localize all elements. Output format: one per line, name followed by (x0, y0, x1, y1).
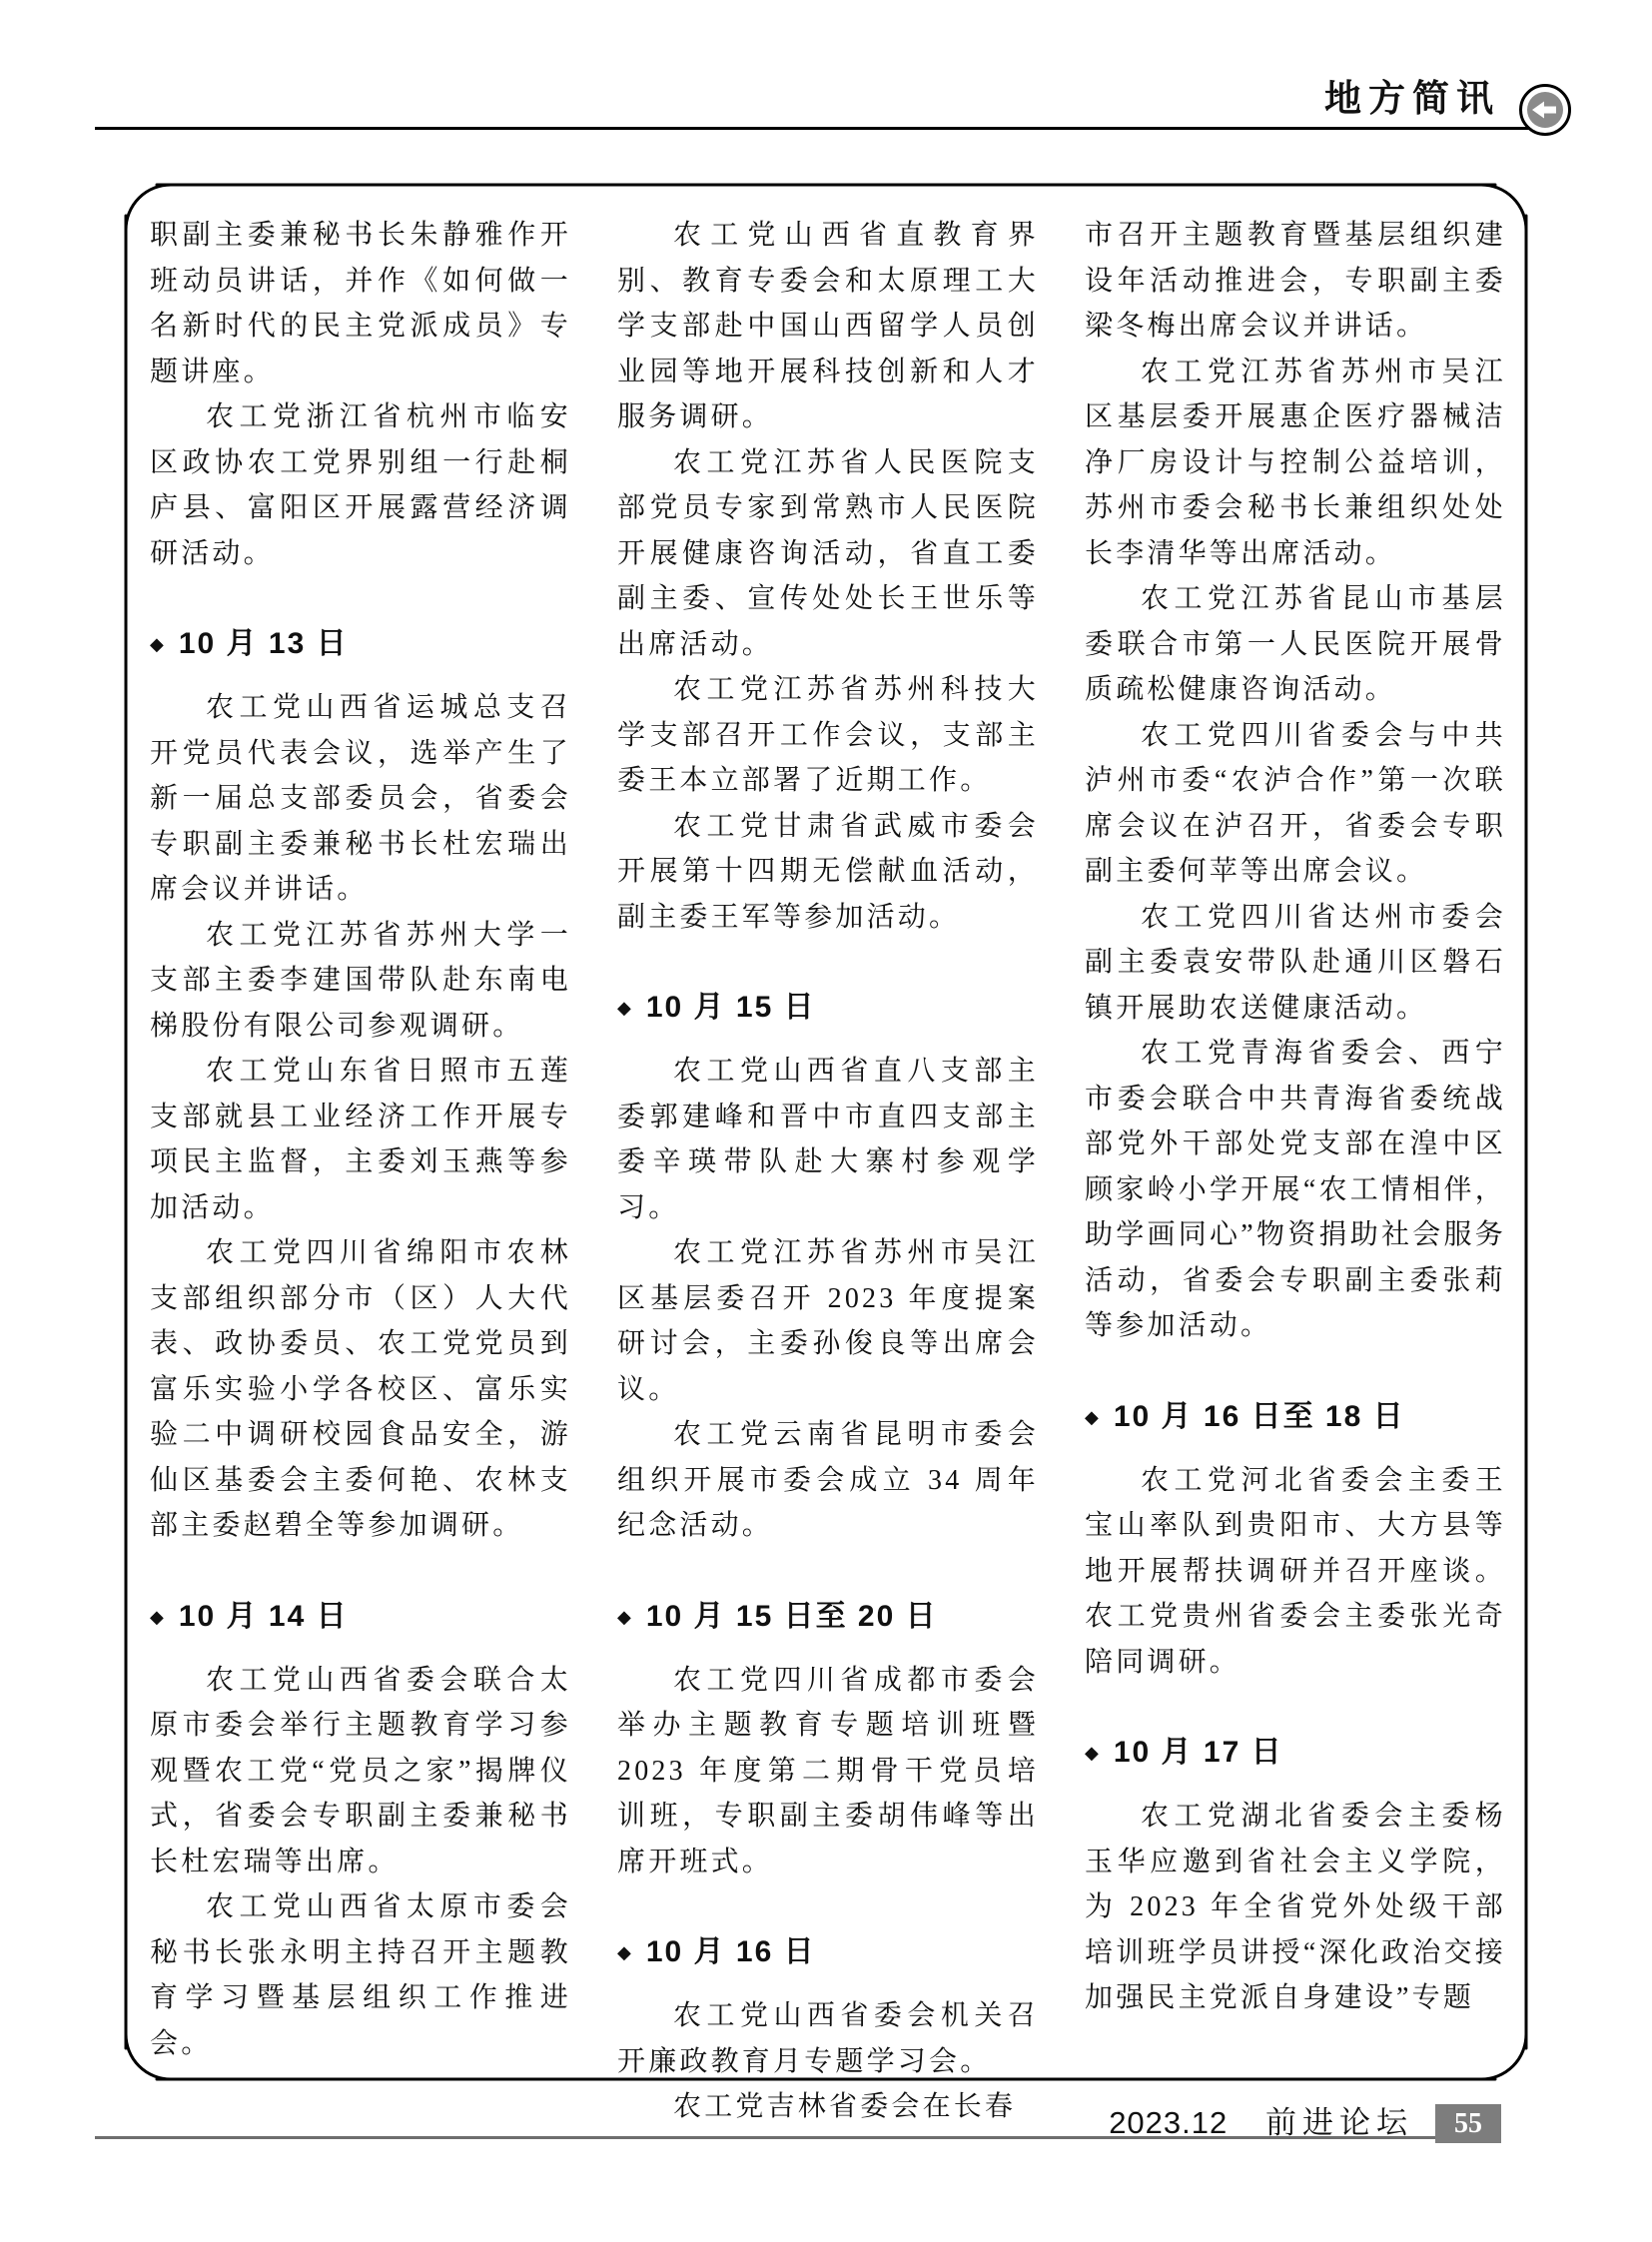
date-heading-label: 10 月 13 日 (179, 627, 349, 660)
footer-text: 2023.12 前进论坛 (1109, 2103, 1413, 2143)
news-paragraph: 农工党江苏省苏州大学一支部主委李建国带队赴东南电梯股份有限公司参观调研。 (150, 913, 571, 1050)
date-heading: ◆10 月 15 日 (617, 984, 1039, 1033)
news-paragraph: 农工党山西省运城总支召开党员代表会议，选举产生了新一届总支部委员会，省委会专职副… (150, 685, 571, 913)
date-heading: ◆10 月 15 日至 20 日 (617, 1593, 1039, 1642)
news-paragraph: 农工党四川省达州市委会副主委袁安带队赴通川区磐石镇开展助农送健康活动。 (1085, 895, 1506, 1032)
diamond-bullet-icon: ◆ (617, 985, 633, 1033)
date-heading-label: 10 月 16 日 (646, 1935, 816, 1968)
news-paragraph: 农工党河北省委会主委王宝山率队到贵阳市、大方县等地开展帮扶调研并召开座谈。农工党… (1085, 1458, 1506, 1686)
news-paragraph: 农工党江苏省人民医院支部党员专家到常熟市人民医院开展健康咨询活动，省直工委副主委… (617, 440, 1039, 668)
news-paragraph: 农工党四川省绵阳市农林支部组织部分市（区）人大代表、政协委员、农工党党员到富乐实… (150, 1230, 571, 1549)
diamond-bullet-icon: ◆ (617, 1929, 633, 1977)
date-heading-label: 10 月 14 日 (179, 1600, 349, 1633)
news-paragraph: 农工党青海省委会、西宁市委会联合中共青海省委统战部党外干部处党支部在湟中区顾家岭… (1085, 1031, 1506, 1349)
date-heading-label: 10 月 16 日至 18 日 (1114, 1400, 1405, 1433)
news-paragraph: 农工党山西省直教育界别、教育专委会和太原理工大学支部赴中国山西留学人员创业园等地… (617, 213, 1039, 440)
date-heading: ◆10 月 13 日 (150, 620, 571, 669)
news-paragraph: 农工党四川省委会与中共泸州市委“农泸合作”第一次联席会议在泸召开，省委会专职副主… (1085, 713, 1506, 895)
diamond-bullet-icon: ◆ (150, 621, 166, 669)
footer-issue: 2023.12 (1109, 2105, 1228, 2140)
news-paragraph: 农工党江苏省苏州市吴江区基层委开展惠企医疗器械洁净厂房设计与控制公益培训，苏州市… (1085, 350, 1506, 577)
date-heading: ◆10 月 16 日 (617, 1928, 1039, 1977)
diamond-bullet-icon: ◆ (1085, 1730, 1101, 1778)
news-paragraph: 农工党山西省直八支部主委郭建峰和晋中市直四支部主委辛瑛带队赴大寨村参观学习。 (617, 1049, 1039, 1230)
diamond-bullet-icon: ◆ (1085, 1394, 1101, 1442)
page-number-badge: 55 (1435, 2104, 1501, 2143)
diamond-bullet-icon: ◆ (150, 1594, 166, 1642)
date-heading-label: 10 月 17 日 (1114, 1736, 1283, 1769)
date-heading: ◆10 月 14 日 (150, 1593, 571, 1642)
news-paragraph: 农工党甘肃省武威市委会开展第十四期无偿献血活动，副主委王军等参加活动。 (617, 804, 1039, 941)
text-column-3: 市召开主题教育暨基层组织建设年活动推进会，专职副主委梁冬梅出席会议并讲话。农工党… (1085, 213, 1506, 2021)
news-paragraph: 职副主委兼秘书长朱静雅作开班动员讲话，并作《如何做一名新时代的民主党派成员》专题… (150, 213, 571, 394)
date-heading-label: 10 月 15 日 (646, 991, 816, 1024)
diamond-bullet-icon: ◆ (617, 1594, 633, 1642)
news-paragraph: 农工党江苏省苏州市吴江区基层委召开 2023 年度提案研讨会，主委孙俊良等出席会… (617, 1230, 1039, 1412)
news-paragraph: 市召开主题教育暨基层组织建设年活动推进会，专职副主委梁冬梅出席会议并讲话。 (1085, 213, 1506, 350)
news-paragraph: 农工党山东省日照市五莲支部就县工业经济工作开展专项民主监督，主委刘玉燕等参加活动… (150, 1049, 571, 1230)
news-paragraph: 农工党吉林省委会在长春 (617, 2084, 1039, 2130)
news-paragraph: 农工党浙江省杭州市临安区政协农工党界别组一行赴桐庐县、富阳区开展露营经济调研活动… (150, 394, 571, 576)
footer-magazine-name: 前进论坛 (1265, 2105, 1413, 2140)
date-heading-label: 10 月 15 日至 20 日 (646, 1600, 938, 1633)
news-paragraph: 农工党山西省太原市委会秘书长张永明主持召开主题教育学习暨基层组织工作推进会。 (150, 1884, 571, 2066)
news-paragraph: 农工党湖北省委会主委杨玉华应邀到省社会主义学院，为 2023 年全省党外处级干部… (1085, 1794, 1506, 2021)
text-column-1: 职副主委兼秘书长朱静雅作开班动员讲话，并作《如何做一名新时代的民主党派成员》专题… (150, 213, 571, 2066)
news-paragraph: 农工党云南省昆明市委会组织开展市委会成立 34 周年纪念活动。 (617, 1412, 1039, 1549)
date-heading: ◆10 月 16 日至 18 日 (1085, 1393, 1506, 1442)
news-paragraph: 农工党江苏省苏州科技大学支部召开工作会议，支部主委王本立部署了近期工作。 (617, 667, 1039, 804)
news-paragraph: 农工党四川省成都市委会举办主题教育专题培训班暨 2023 年度第二期骨干党员培训… (617, 1658, 1039, 1885)
news-paragraph: 农工党山西省委会机关召开廉政教育月专题学习会。 (617, 1993, 1039, 2084)
news-paragraph: 农工党山西省委会联合太原市委会举行主题教育学习参观暨农工党“党员之家”揭牌仪式，… (150, 1658, 571, 1885)
news-paragraph: 农工党江苏省昆山市基层委联合市第一人民医院开展骨质疏松健康咨询活动。 (1085, 576, 1506, 713)
text-column-2: 农工党山西省直教育界别、教育专委会和太原理工大学支部赴中国山西留学人员创业园等地… (617, 213, 1039, 2130)
date-heading: ◆10 月 17 日 (1085, 1729, 1506, 1778)
